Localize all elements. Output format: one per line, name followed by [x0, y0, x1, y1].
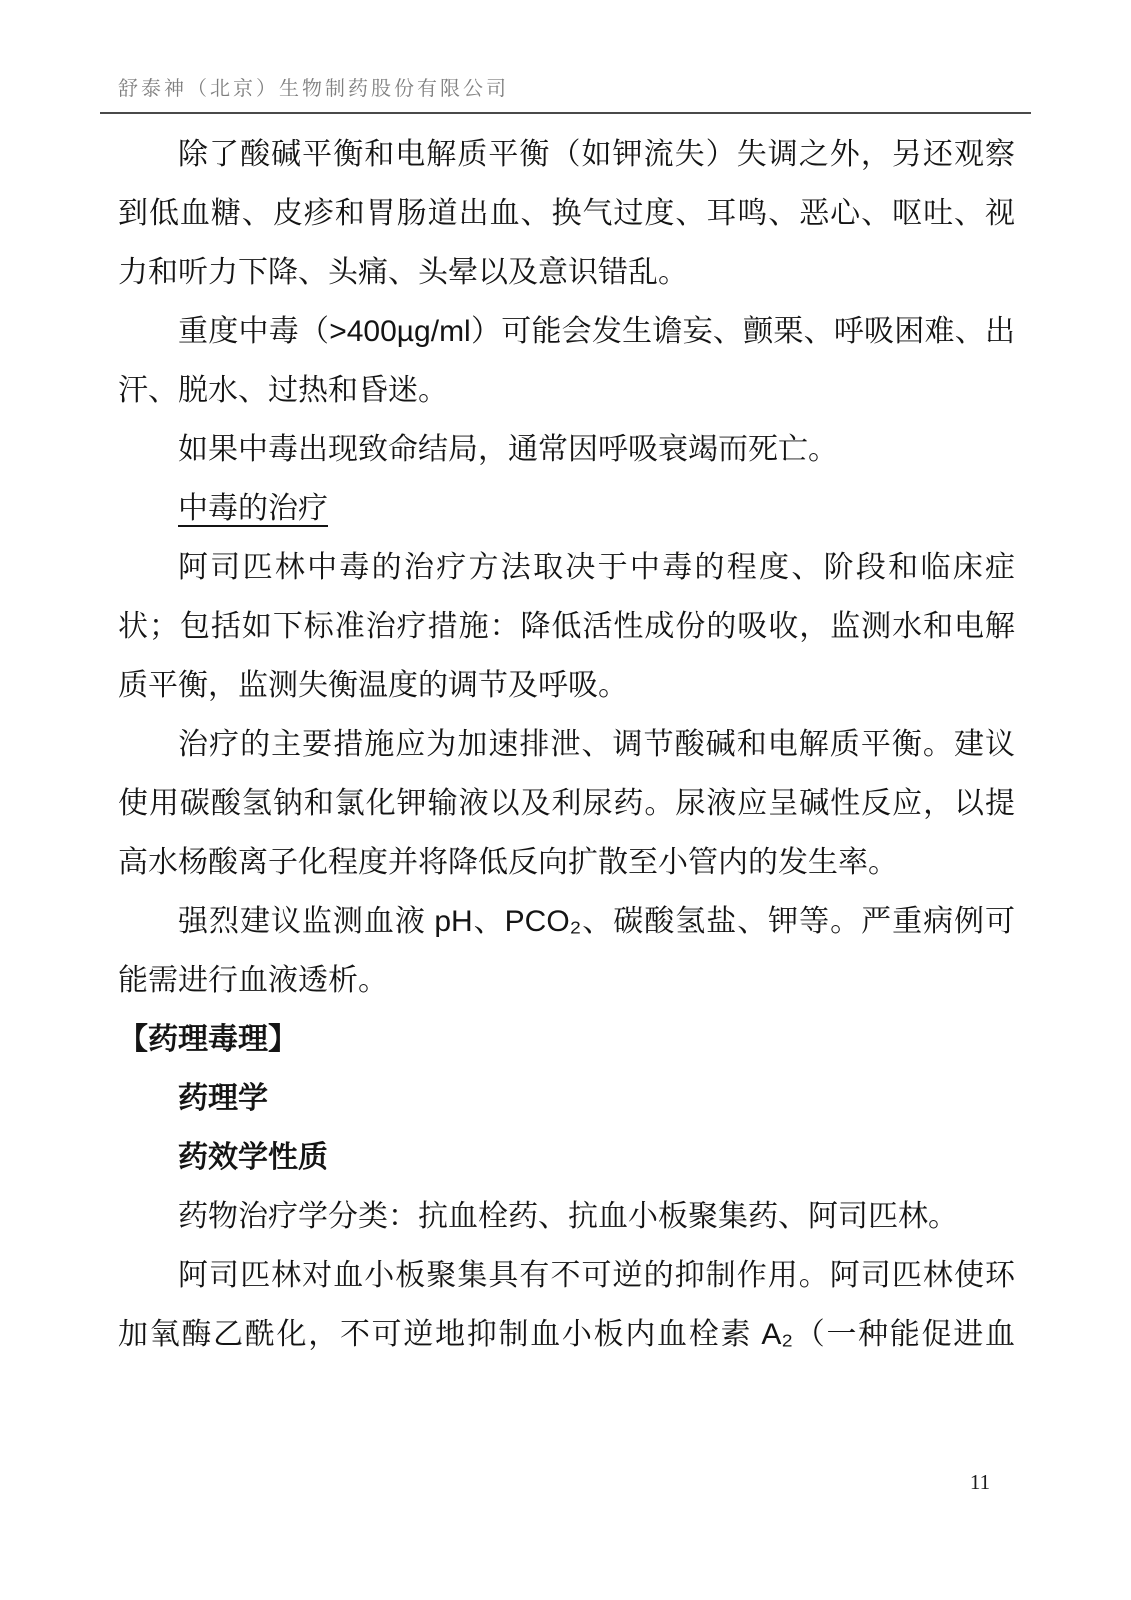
- paragraph-monitoring: 强烈建议监测血液 pH、PCO₂、碳酸氢盐、钾等。严重病例可能需进行血液透析。: [118, 892, 1015, 1010]
- document-body: 除了酸碱平衡和电解质平衡（如钾流失）失调之外，另还观察到低血糖、皮疹和胃肠道出血…: [118, 125, 1015, 1364]
- paragraph-overdose-symptoms: 除了酸碱平衡和电解质平衡（如钾流失）失调之外，另还观察到低血糖、皮疹和胃肠道出血…: [118, 125, 1015, 302]
- heading-pharmacology-toxicology: 【药理毒理】: [118, 1010, 1015, 1069]
- heading-treatment-text: 中毒的治疗: [178, 492, 328, 525]
- page-number: 11: [950, 1470, 1010, 1495]
- heading-pharmacodynamic-properties: 药效学性质: [118, 1128, 1015, 1187]
- paragraph-treatment-method: 阿司匹林中毒的治疗方法取决于中毒的程度、阶段和临床症状；包括如下标准治疗措施：降…: [118, 538, 1015, 715]
- severe-toxicity-pre: 重度中毒（: [178, 315, 329, 348]
- monitoring-pco2: PCO₂: [505, 905, 582, 938]
- monitoring-pre: 强烈建议监测血液: [178, 905, 434, 938]
- paragraph-aspirin-effect: 阿司匹林对血小板聚集具有不可逆的抑制作用。阿司匹林使环加氧酶乙酰化，不可逆地抑制…: [118, 1246, 1015, 1364]
- paragraph-severe-toxicity: 重度中毒（>400µg/ml）可能会发生谵妄、颤栗、呼吸困难、出汗、脱水、过热和…: [118, 302, 1015, 420]
- monitoring-separator: 、: [473, 905, 505, 938]
- page-header-company-name: 舒泰神（北京）生物制药股份有限公司: [100, 72, 1031, 114]
- aspirin-effect-a2: A₂: [761, 1318, 793, 1351]
- paragraph-main-measures: 治疗的主要措施应为加速排泄、调节酸碱和电解质平衡。建议使用碳酸氢钠和氯化钾输液以…: [118, 715, 1015, 892]
- paragraph-fatal-outcome: 如果中毒出现致命结局，通常因呼吸衰竭而死亡。: [118, 420, 1015, 479]
- aspirin-effect-post: （一种能促进血: [793, 1318, 1015, 1351]
- paragraph-classification: 药物治疗学分类：抗血栓药、抗血小板聚集药、阿司匹林。: [118, 1187, 1015, 1246]
- document-page: 舒泰神（北京）生物制药股份有限公司 除了酸碱平衡和电解质平衡（如钾流失）失调之外…: [0, 0, 1131, 1600]
- heading-pharmacology: 药理学: [118, 1069, 1015, 1128]
- severe-toxicity-threshold: >400µg/ml: [329, 315, 471, 348]
- heading-treatment-of-poisoning: 中毒的治疗: [118, 479, 1015, 538]
- monitoring-ph: pH: [434, 905, 472, 938]
